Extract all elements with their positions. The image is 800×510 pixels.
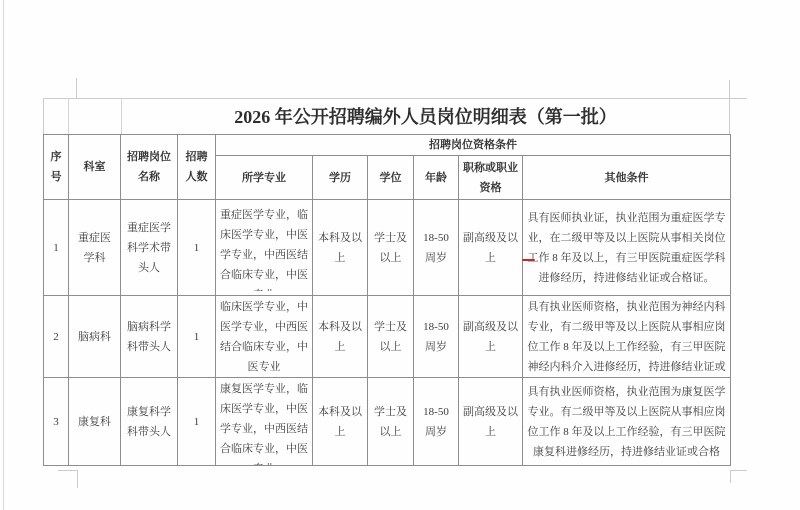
- cell-other: 具有执业医师资格，执业范围为神经内科专业，有二级甲等及以上医院从事相应岗位工作 …: [523, 296, 731, 378]
- crop-mark-bottom-right: [730, 470, 731, 483]
- col-header-seq: 序号: [44, 135, 69, 200]
- cell-age: 18-50 周岁: [414, 296, 459, 378]
- positions-table: 序号 科室 招聘岗位名称 招聘人数 招聘岗位资格条件 所学专业 学历 学位 年龄…: [43, 134, 731, 466]
- cell-education: 本科及以上: [313, 378, 368, 466]
- cell-degree: 学士及以上: [368, 296, 414, 378]
- cell-title-qual: 副高级及以上: [459, 378, 523, 466]
- proofing-underline-mark: [522, 259, 535, 261]
- cell-title-qual: 副高级及以上: [459, 296, 523, 378]
- title-row-divider: [68, 99, 69, 134]
- gridline-overshoot: [76, 78, 77, 98]
- gridline-overshoot: [730, 98, 747, 99]
- cell-seq: 3: [44, 378, 69, 466]
- cell-major-text: 重症医学专业，临床医学专业，中医学专业，中西医结合临床专业，中医专业: [220, 205, 308, 291]
- cell-position: 脑病科学科带头人: [121, 296, 178, 378]
- cell-count: 1: [178, 378, 216, 466]
- cell-other-text: 具有医师执业证，执业范围为重症医学专业，在二级甲等及以上医院从事相关岗位工作 8…: [527, 208, 726, 288]
- crop-mark-bottom-left: [77, 470, 78, 488]
- col-header-qualifications-group: 招聘岗位资格条件: [216, 135, 731, 156]
- page-edge-line: [3, 0, 4, 510]
- cell-major-text: 康复医学专业，临床医学专业，中医学专业，中西医结合临床专业，中医专业: [220, 379, 308, 465]
- cell-other-text: 具有执业医师资格，执业范围为神经内科专业，有二级甲等及以上医院从事相应岗位工作 …: [527, 297, 726, 377]
- table-row: 2 脑病科 脑病科学科带头人 1 临床医学专业，中医学专业，中西医结合临床专业，…: [44, 296, 731, 378]
- cell-count: 1: [178, 200, 216, 296]
- cell-other: 具有医师执业证，执业范围为重症医学专业，在二级甲等及以上医院从事相关岗位工作 8…: [523, 200, 731, 296]
- cell-dept: 重症医学科: [69, 200, 121, 296]
- cell-count: 1: [178, 296, 216, 378]
- cell-degree: 学士及以上: [368, 378, 414, 466]
- document-page: 2026 年公开招聘编外人员岗位明细表（第一批） 序号 科室 招聘岗位名称 招聘…: [0, 0, 800, 510]
- table-row: 3 康复科 康复科学科带头人 1 康复医学专业，临床医学专业，中医学专业，中西医…: [44, 378, 731, 466]
- col-header-education: 学历: [313, 156, 368, 200]
- crop-mark-bottom-right: [730, 470, 747, 471]
- cell-degree: 学士及以上: [368, 200, 414, 296]
- cell-position: 康复科学科带头人: [121, 378, 178, 466]
- col-header-title-qual: 职称或职业资格: [459, 156, 523, 200]
- cell-dept: 康复科: [69, 378, 121, 466]
- col-header-position: 招聘岗位名称: [121, 135, 178, 200]
- table-row: 1 重症医学科 重症医学科学术带头人 1 重症医学专业，临床医学专业，中医学专业…: [44, 200, 731, 296]
- cell-education: 本科及以上: [313, 200, 368, 296]
- col-header-count: 招聘人数: [178, 135, 216, 200]
- col-header-age: 年龄: [414, 156, 459, 200]
- cell-seq: 2: [44, 296, 69, 378]
- page-title: 2026 年公开招聘编外人员岗位明细表（第一批）: [121, 98, 730, 134]
- cell-major: 临床医学专业，中医学专业，中西医结合临床专业，中医专业: [216, 296, 313, 378]
- cell-major-text: 临床医学专业，中医学专业，中西医结合临床专业，中医专业: [220, 297, 308, 377]
- cell-major: 康复医学专业，临床医学专业，中医学专业，中西医结合临床专业，中医专业: [216, 378, 313, 466]
- cell-age: 18-50 周岁: [414, 378, 459, 466]
- col-header-other: 其他条件: [523, 156, 731, 200]
- col-header-dept: 科室: [69, 135, 121, 200]
- cell-education: 本科及以上: [313, 296, 368, 378]
- cell-title-qual: 副高级及以上: [459, 200, 523, 296]
- crop-mark-bottom-left: [58, 470, 78, 471]
- cell-dept: 脑病科: [69, 296, 121, 378]
- cell-age: 18-50 周岁: [414, 200, 459, 296]
- cell-other: 具有执业医师资格，执业范围为康复医学专业。有二级甲等及以上医院从事相应岗位工作 …: [523, 378, 731, 466]
- cell-seq: 1: [44, 200, 69, 296]
- gridline-overshoot: [729, 80, 730, 98]
- col-header-degree: 学位: [368, 156, 414, 200]
- header-row-top: 序号 科室 招聘岗位名称 招聘人数 招聘岗位资格条件: [44, 135, 731, 156]
- cell-position: 重症医学科学术带头人: [121, 200, 178, 296]
- cell-major: 重症医学专业，临床医学专业，中医学专业，中西医结合临床专业，中医专业: [216, 200, 313, 296]
- col-header-major: 所学专业: [216, 156, 313, 200]
- cell-other-text: 具有执业医师资格，执业范围为康复医学专业。有二级甲等及以上医院从事相应岗位工作 …: [527, 382, 726, 462]
